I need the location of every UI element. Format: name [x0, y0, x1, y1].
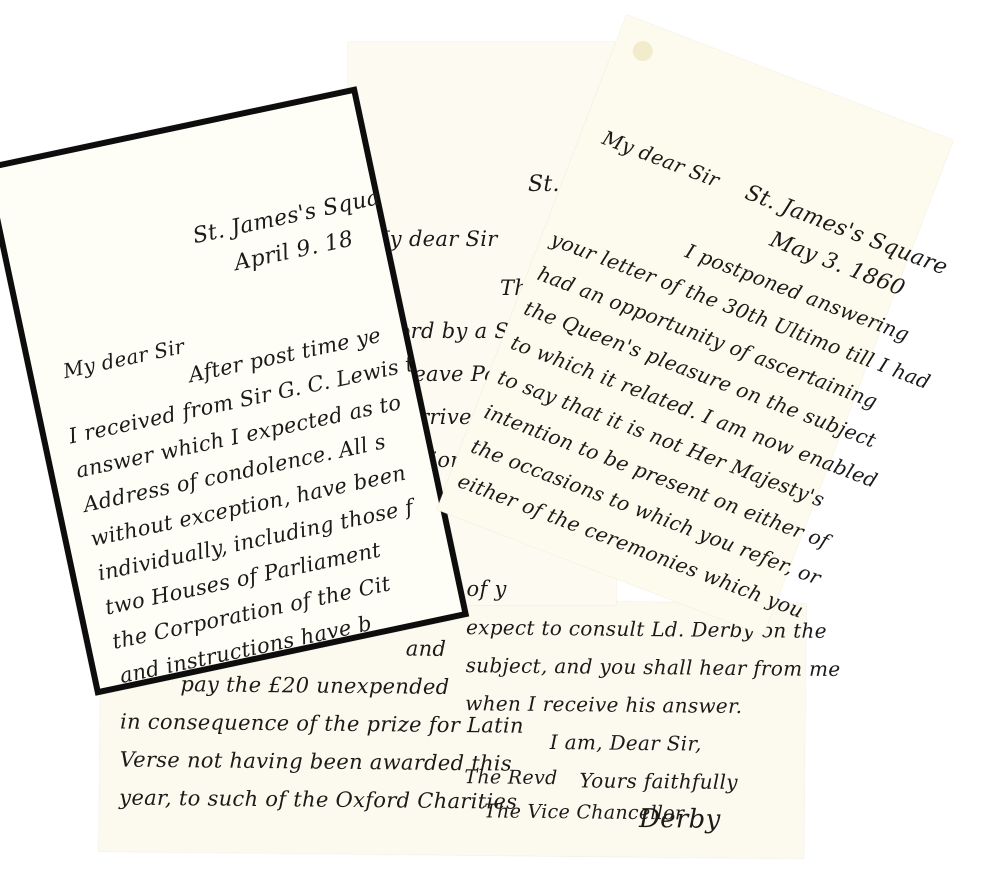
text-line: Verse not having been awarded this	[119, 741, 523, 783]
paper-stain	[630, 38, 656, 64]
text-line: in consequence of the prize for Latin	[120, 703, 524, 745]
text-line: The Vice Chancellor	[464, 794, 685, 830]
salutation: My dear Sir	[599, 125, 723, 192]
closing: I am, Dear Sir,	[465, 722, 840, 764]
text-line: subject, and you shall hear from me	[465, 646, 840, 688]
text-line: The Revd	[464, 760, 685, 796]
addressee: The Revd The Vice Chancellor	[464, 760, 685, 830]
text-line: when I receive his answer.	[465, 684, 840, 726]
text-line: year, to such of the Oxford Charities	[119, 779, 523, 821]
